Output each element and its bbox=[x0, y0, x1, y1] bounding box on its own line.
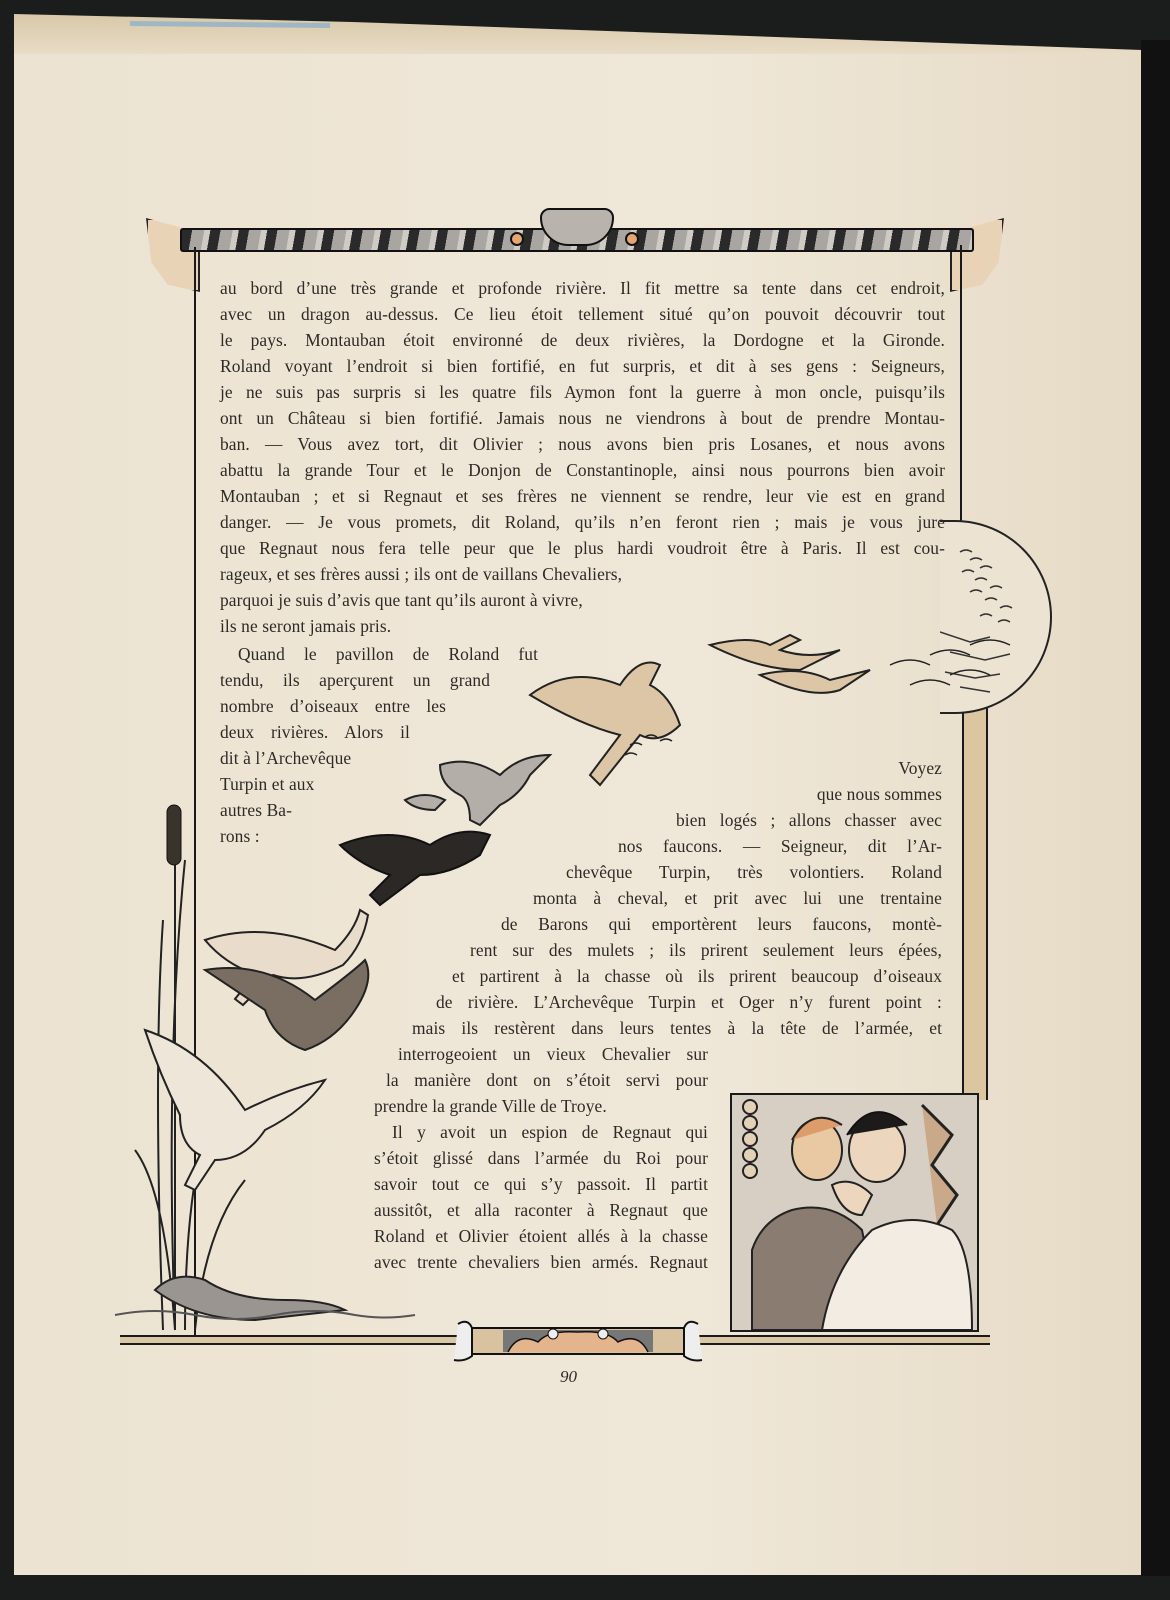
orb-ornament bbox=[510, 232, 524, 246]
bottom-cartouche-ornament bbox=[448, 1318, 708, 1362]
text-line: interrogeoient un vieux Chevalier sur bbox=[398, 1042, 708, 1068]
frame-right-border bbox=[960, 245, 962, 525]
text-line: que Regnaut nous fera telle peur que le … bbox=[220, 536, 945, 562]
text-line: Turpin et aux bbox=[220, 772, 314, 798]
bottom-background bbox=[0, 1576, 1170, 1600]
text-line: de rivière. L’Archevêque Turpin et Oger … bbox=[436, 990, 942, 1016]
text-line: Roland voyant l’endroit si bien fortifié… bbox=[220, 354, 945, 380]
text-line: abattu la grande Tour et le Donjon de Co… bbox=[220, 458, 945, 484]
text-line: ont un Château si bien fortifié. Jamais … bbox=[220, 406, 945, 432]
text-line: rageux, et ses frères aussi ; ils ont de… bbox=[220, 562, 622, 588]
text-line: au bord d’une très grande et profonde ri… bbox=[220, 276, 945, 302]
page-top-edge bbox=[14, 14, 1142, 54]
text-line: je ne suis pas surpris si les quatre fil… bbox=[220, 380, 945, 406]
right-shadow bbox=[1141, 40, 1170, 1600]
two-men-vignette-illustration bbox=[730, 1093, 979, 1332]
text-line: parquoi je suis d’avis que tant qu’ils a… bbox=[220, 588, 583, 614]
text-line: ban. — Vous avez tort, dit Olivier ; nou… bbox=[220, 432, 945, 458]
flying-birds-illustration bbox=[330, 615, 1030, 945]
reeds-and-ducks-illustration bbox=[105, 800, 435, 1340]
text-line: mais ils restèrent dans leurs tentes à l… bbox=[412, 1016, 942, 1042]
text-line: avec un dragon au-dessus. Ce lieu étoit … bbox=[220, 302, 945, 328]
text-line: Il y avoit un espion de Regnaut qui bbox=[392, 1120, 708, 1146]
text-line: danger. — Je vous promets, dit Roland, q… bbox=[220, 510, 945, 536]
page-number: 90 bbox=[560, 1367, 577, 1387]
orb-ornament bbox=[625, 232, 639, 246]
text-line: Montauban ; et si Regnaut et ses frères … bbox=[220, 484, 945, 510]
text-line: et partirent à la chasse où ils prirent … bbox=[452, 964, 942, 990]
text-line: le pays. Montauban étoit environné de de… bbox=[220, 328, 945, 354]
